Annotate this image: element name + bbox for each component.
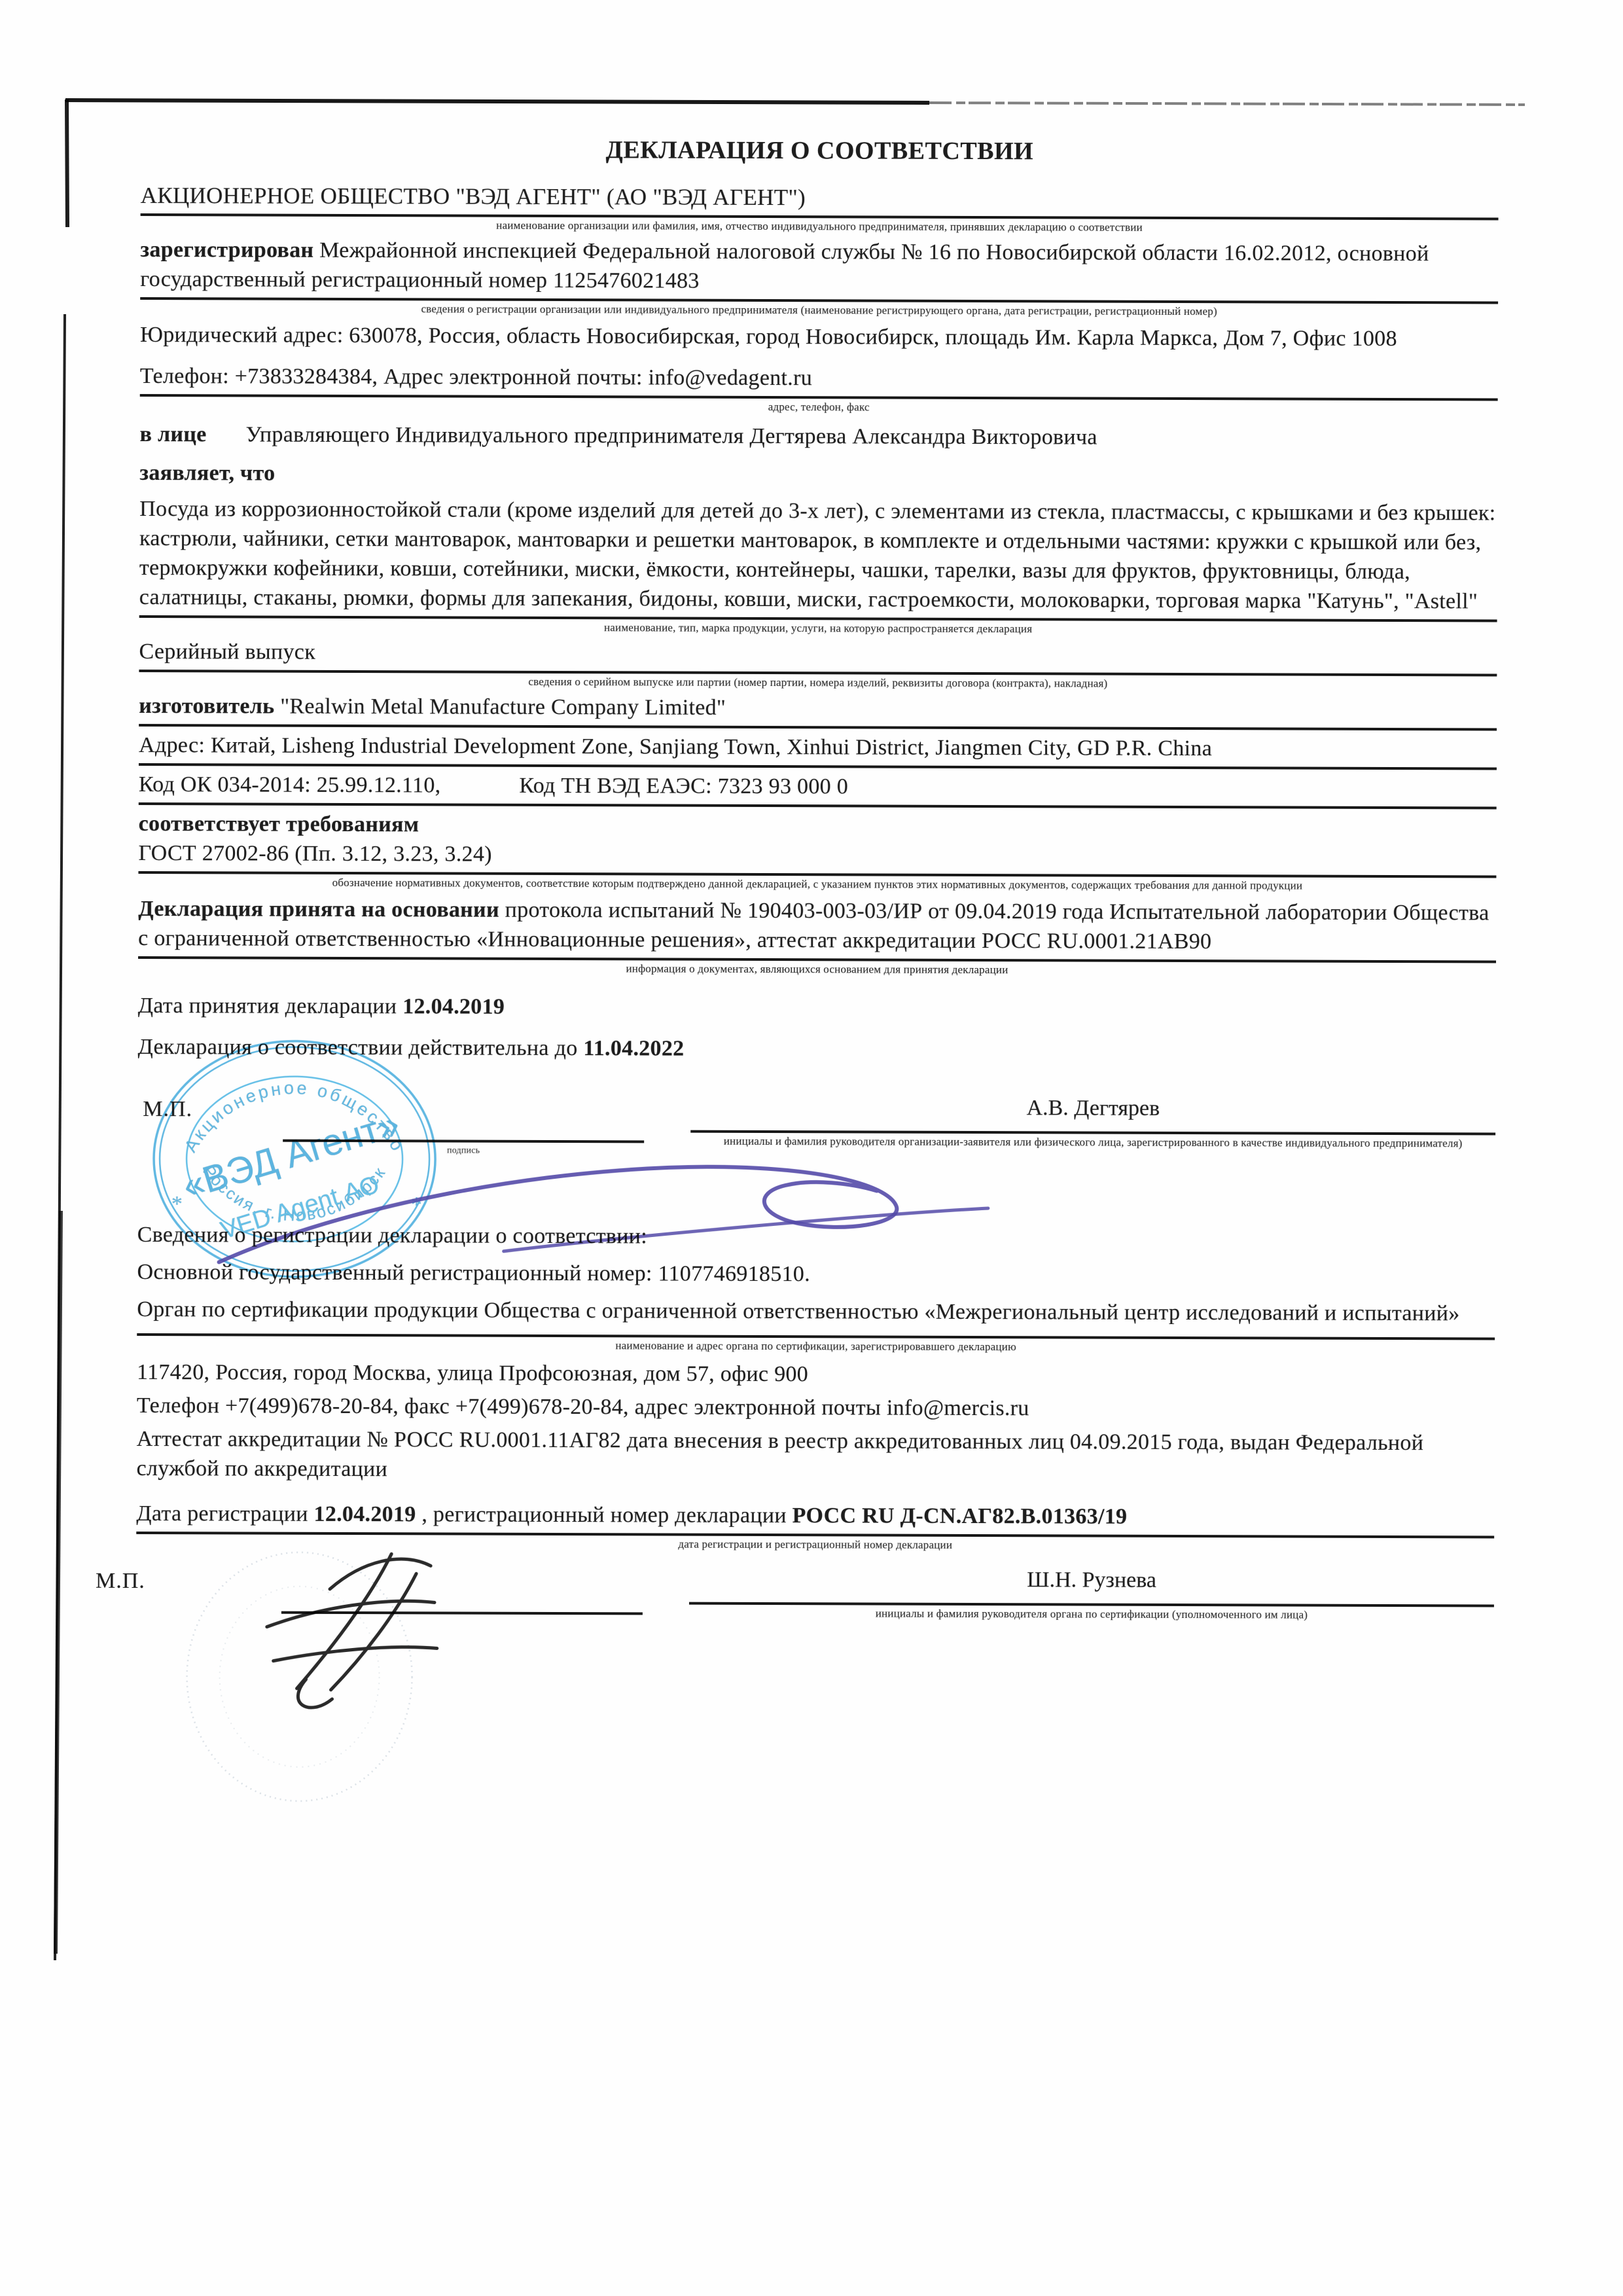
applicant-signature-block: Акционерное общество Россия, г. Новосиби… xyxy=(137,1093,1496,1214)
certifier-head-name: Ш.Н. Рузнева xyxy=(689,1567,1494,1594)
head-name-field: А.В. Дегтярев инициалы и фамилия руковод… xyxy=(690,1095,1495,1153)
applicant-name: АКЦИОНЕРНОЕ ОБЩЕСТВО "ВЭД АГЕНТ" (АО "ВЭ… xyxy=(141,181,1499,215)
seal-placeholder-label: М.П. xyxy=(96,1569,145,1594)
applicant-head-name: А.В. Дегтярев xyxy=(690,1095,1495,1122)
basis-lead: Декларация принята на основании xyxy=(138,897,499,922)
basis-paragraph: Декларация принята на основании протокол… xyxy=(138,894,1496,958)
serial-release: Серийный выпуск xyxy=(139,637,1497,671)
validity-date: 11.04.2022 xyxy=(583,1036,684,1060)
product-codes-line: Код ОК 034-2014: 25.99.12.110,Код ТН ВЭД… xyxy=(139,770,1497,804)
registration-paragraph: зарегистрирован Межрайонной инспекцией Ф… xyxy=(140,235,1498,298)
separator-line xyxy=(139,802,1497,810)
signature-line xyxy=(283,1139,644,1143)
signature-field xyxy=(281,1611,643,1615)
cert-org-caption: наименование и адрес органа по сертифика… xyxy=(137,1337,1495,1355)
reg-number: РОСС RU Д-CN.АГ82.В.01363/19 xyxy=(793,1503,1128,1529)
manufacturer-lead: изготовитель xyxy=(139,694,274,719)
head-name-caption: инициалы и фамилия руководителя организа… xyxy=(690,1134,1495,1151)
reg-number-label: , регистрационный номер декларации xyxy=(416,1502,792,1528)
manufacturer-line: изготовитель "Realwin Metal Manufacture … xyxy=(139,691,1497,725)
reg-info-ogrn: Основной государственный регистрационный… xyxy=(137,1257,1495,1291)
scanned-declaration-page: ДЕКЛАРАЦИЯ О СООТВЕТСТВИИ АКЦИОНЕРНОЕ ОБ… xyxy=(0,0,1623,2296)
reg-record-caption: дата регистрации и регистрационный номер… xyxy=(136,1535,1494,1554)
reg-info-body: Орган по сертификации продукции Общества… xyxy=(137,1295,1495,1329)
cert-org-address: 117420, Россия, город Москва, улица Проф… xyxy=(137,1357,1495,1391)
contacts-caption: адрес, телефон, факс xyxy=(140,398,1498,416)
declares-heading: заявляет, что xyxy=(139,458,1497,492)
reg-date-label: Дата регистрации xyxy=(136,1501,313,1526)
certifier-stamp-faint xyxy=(109,1539,732,1829)
stamp-arc-bottom-text: Россия, г. Новосибирск xyxy=(199,1162,390,1225)
stamp-asterisk-left: * xyxy=(171,1192,183,1216)
validity-line: Декларация о соответствии действительна … xyxy=(138,1032,1496,1066)
certifier-signature-ink xyxy=(266,1554,437,1708)
signature-caption: подпись xyxy=(283,1143,644,1158)
acceptance-label: Дата принятия декларации xyxy=(138,994,402,1018)
basis-caption: информация о документах, являющихся осно… xyxy=(138,960,1496,978)
serial-caption: сведения о серийном выпуске или партии (… xyxy=(139,673,1497,692)
signature-line xyxy=(281,1611,643,1615)
registration-text: Межрайонной инспекцией Федеральной налог… xyxy=(140,238,1429,293)
in-person-line: в лицеУправляющего Индивидуального предп… xyxy=(139,420,1497,454)
compliance-caption: обозначение нормативных документов, соот… xyxy=(138,875,1496,893)
separator-line xyxy=(139,763,1497,770)
compliance-standard: ГОСТ 27002-86 (Пп. 3.12, 3.23, 3.24) xyxy=(138,838,1496,872)
stamp-asterisk-right: * xyxy=(411,1193,422,1217)
product-description: Посуда из коррозионностойкой стали (кром… xyxy=(139,494,1498,617)
manufacturer-address: Адрес: Китай, Lisheng Industrial Develop… xyxy=(139,730,1497,764)
in-person-text: Управляющего Индивидуального предпринима… xyxy=(246,423,1097,450)
certifier-signature-block: М.П. Ш.Н. Рузнева инициалы и фамилия рук… xyxy=(136,1565,1495,1694)
acceptance-date-line: Дата принятия декларации 12.04.2019 xyxy=(138,991,1496,1025)
reg-date: 12.04.2019 xyxy=(313,1502,416,1526)
registration-caption: сведения о регистрации организации или и… xyxy=(140,301,1498,319)
reg-info-heading: Сведения о регистрации декларации о соот… xyxy=(137,1220,1495,1254)
seal-placeholder-label: М.П. xyxy=(143,1097,192,1122)
cert-org-attestation: Аттестат аккредитации № РОСС RU.0001.11А… xyxy=(137,1424,1495,1488)
applicant-caption: наименование организации или фамилия, им… xyxy=(141,217,1499,236)
document-content: ДЕКЛАРАЦИЯ О СООТВЕТСТВИИ АКЦИОНЕРНОЕ ОБ… xyxy=(136,134,1499,1694)
compliance-heading: соответствует требованиям xyxy=(139,809,1497,843)
separator-line xyxy=(139,724,1497,731)
certifier-caption: инициалы и фамилия руководителя органа п… xyxy=(689,1606,1494,1623)
code-okpd: Код ОК 034-2014: 25.99.12.110, xyxy=(139,772,441,797)
head-name-field: Ш.Н. Рузнева инициалы и фамилия руководи… xyxy=(689,1567,1494,1624)
svg-text:Россия, г. Новосибирск: Россия, г. Новосибирск xyxy=(199,1162,390,1225)
cert-org-phone: Телефон +7(499)678-20-84, факс +7(499)67… xyxy=(137,1391,1495,1425)
in-person-lead: в лице xyxy=(140,422,207,446)
registration-record-line: Дата регистрации 12.04.2019 , регистраци… xyxy=(136,1499,1494,1533)
manufacturer-name: "Realwin Metal Manufacture Company Limit… xyxy=(274,694,726,720)
registration-lead: зарегистрирован xyxy=(140,238,313,262)
validity-label: Декларация о соответствии действительна … xyxy=(138,1035,584,1060)
legal-address: Юридический адрес: 630078, Россия, облас… xyxy=(140,320,1498,354)
acceptance-date: 12.04.2019 xyxy=(402,994,505,1018)
code-tnved: Код ТН ВЭД ЕАЭС: 7323 93 000 0 xyxy=(519,774,848,799)
signature-field: подпись xyxy=(283,1139,644,1160)
document-title: ДЕКЛАРАЦИЯ О СООТВЕТСТВИИ xyxy=(141,134,1499,168)
product-caption: наименование, тип, марка продукции, услу… xyxy=(139,619,1497,637)
phone-email: Телефон: +73833284384, Адрес электронной… xyxy=(140,361,1498,395)
